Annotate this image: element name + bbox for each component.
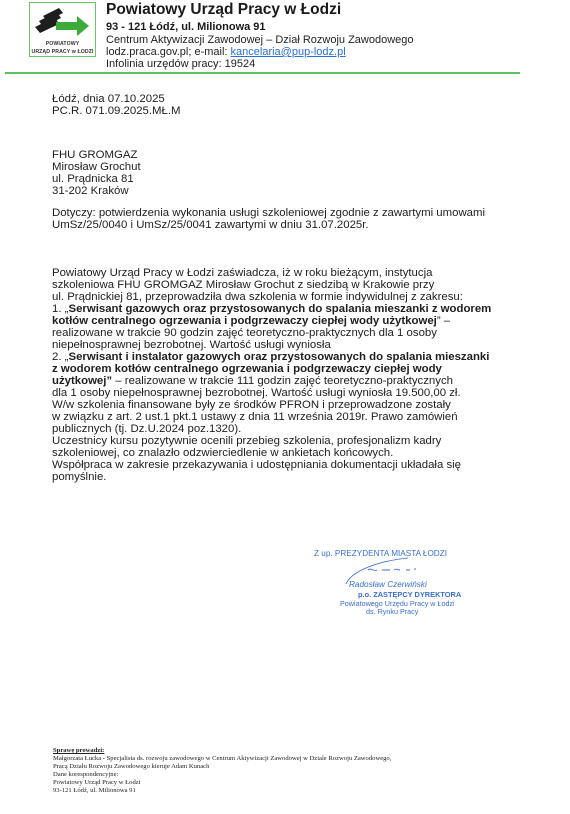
signatory-role: p.o. ZASTĘPCY DYREKTORA <box>358 590 461 599</box>
item2-title-line2: z wodorem kotłów centralnego ogrzewania … <box>52 364 442 376</box>
intro-line-2: szkoleniowa FHU GROMGAZ Mirosław Grochut… <box>52 280 434 292</box>
footer-line-4: Powiatowy Urząd Pracy w Łodzi <box>53 779 141 787</box>
item2-desc-line2: dla 1 osoby niepełnosprawnej bezrobotnej… <box>52 388 461 400</box>
website-text: lodz.praca.gov.pl; e-mail: <box>106 46 231 58</box>
logo-text-line2: URZĄD PRACY w ŁODZI <box>30 49 95 55</box>
signatory-department: ds. Rynku Pracy <box>366 607 418 616</box>
financing-line-1: W/w szkolenia finansowane były ze środkó… <box>52 400 451 412</box>
contact-line: lodz.praca.gov.pl; e-mail: kancelaria@pu… <box>106 47 346 58</box>
item1-desc-line2: niepełnosprawnej bezrobotnej. Wartość us… <box>52 340 331 352</box>
item2-prefix: 2. „ <box>52 351 68 363</box>
logo-text-line1: POWIATOWY <box>30 41 95 47</box>
place-date: Łódź, dnia 07.10.2025 <box>52 94 165 106</box>
intro-line-1: Powiatowy Urząd Pracy w Łodzi zaświadcza… <box>52 268 432 280</box>
item1-title-line2: kotłów centralnego ogrzewania i podgrzew… <box>52 316 450 328</box>
recipient-company: FHU GROMGAZ <box>52 150 137 162</box>
cooperation-line-2: pomyślnie. <box>52 472 106 484</box>
item1-prefix: 1. „ <box>52 303 68 315</box>
item1-title-part1: Serwisant gazowych oraz przystosowanych … <box>68 303 491 315</box>
footer-heading: Sprawę prowadzi: <box>53 747 104 755</box>
item2-desc-part1: – realizowane w trakcie 111 godzin zajęć… <box>112 375 453 387</box>
item2-title-line3: użytkowej” – realizowane w trakcie 111 g… <box>52 376 453 388</box>
footer-line-2: Pracą Działu Rozwoju Zawodowego kieruje … <box>53 763 209 771</box>
email-link[interactable]: kancelaria@pup-lodz.pl <box>231 46 346 58</box>
item2-title-part1: Serwisant i instalator gazowych oraz prz… <box>68 351 489 363</box>
item1-suffix: ” – <box>437 315 450 327</box>
financing-line-2: w związku z art. 2 ust.1 pkt.1 ustawy z … <box>52 412 458 424</box>
pup-logo: POWIATOWY URZĄD PRACY w ŁODZI <box>29 2 96 57</box>
reference-number: PC.R. 071.09.2025.MŁ.M <box>52 106 181 118</box>
footer-line-3: Dane korespondencyjne: <box>53 771 118 779</box>
intro-line-3: ul. Prądnickiej 81, przeprowadziła dwa s… <box>52 292 463 304</box>
footer-line-5: 93-121 Łódź, ul. Milionowa 91 <box>53 787 136 795</box>
institution-address: 93 - 121 Łódź, ul. Milionowa 91 <box>106 22 266 33</box>
footer-line-1: Małgorzata Łucka - Specjalista ds. rozwo… <box>53 755 391 763</box>
item2-title-part3: użytkowej” <box>52 375 112 387</box>
recipient-street: ul. Prądnicka 81 <box>52 174 134 186</box>
institution-name: Powiatowy Urząd Pracy w Łodzi <box>106 2 341 18</box>
evaluation-line-2: szkoleniowej, co znalazło odzwierciedlen… <box>52 448 393 460</box>
financing-line-3: publicznych (tj. Dz.U.2024 poz.1320). <box>52 424 241 436</box>
stacked-cards-arrow-icon <box>33 6 93 40</box>
department-name: Centrum Aktywizacji Zawodowej – Dział Ro… <box>106 35 414 46</box>
cooperation-line-1: Współpraca w zakresie przekazywania i ud… <box>52 460 461 472</box>
item1-title-part2: kotłów centralnego ogrzewania i podgrzew… <box>52 315 437 327</box>
item1-desc-line1: realizowane w trakcie 90 godzin zajęć te… <box>52 328 437 340</box>
infoline: Infolinia urzędów pracy: 19524 <box>106 59 255 70</box>
header-divider <box>5 72 520 74</box>
evaluation-line-1: Uczestnicy kursu pozytywnie ocenili prze… <box>52 436 441 448</box>
signatory-name: Radosław Czerwiński <box>349 580 427 589</box>
subject-line-1: Dotyczy: potwierdzenia wykonania usługi … <box>52 208 485 220</box>
subject-line-2: UmSz/25/0040 i UmSz/25/0041 zawartymi w … <box>52 220 369 232</box>
item1-title-line1: 1. „Serwisant gazowych oraz przystosowan… <box>52 304 491 316</box>
item2-title-line1: 2. „Serwisant i instalator gazowych oraz… <box>52 352 489 364</box>
recipient-name: Mirosław Grochut <box>52 162 141 174</box>
recipient-city: 31-202 Kraków <box>52 186 129 198</box>
